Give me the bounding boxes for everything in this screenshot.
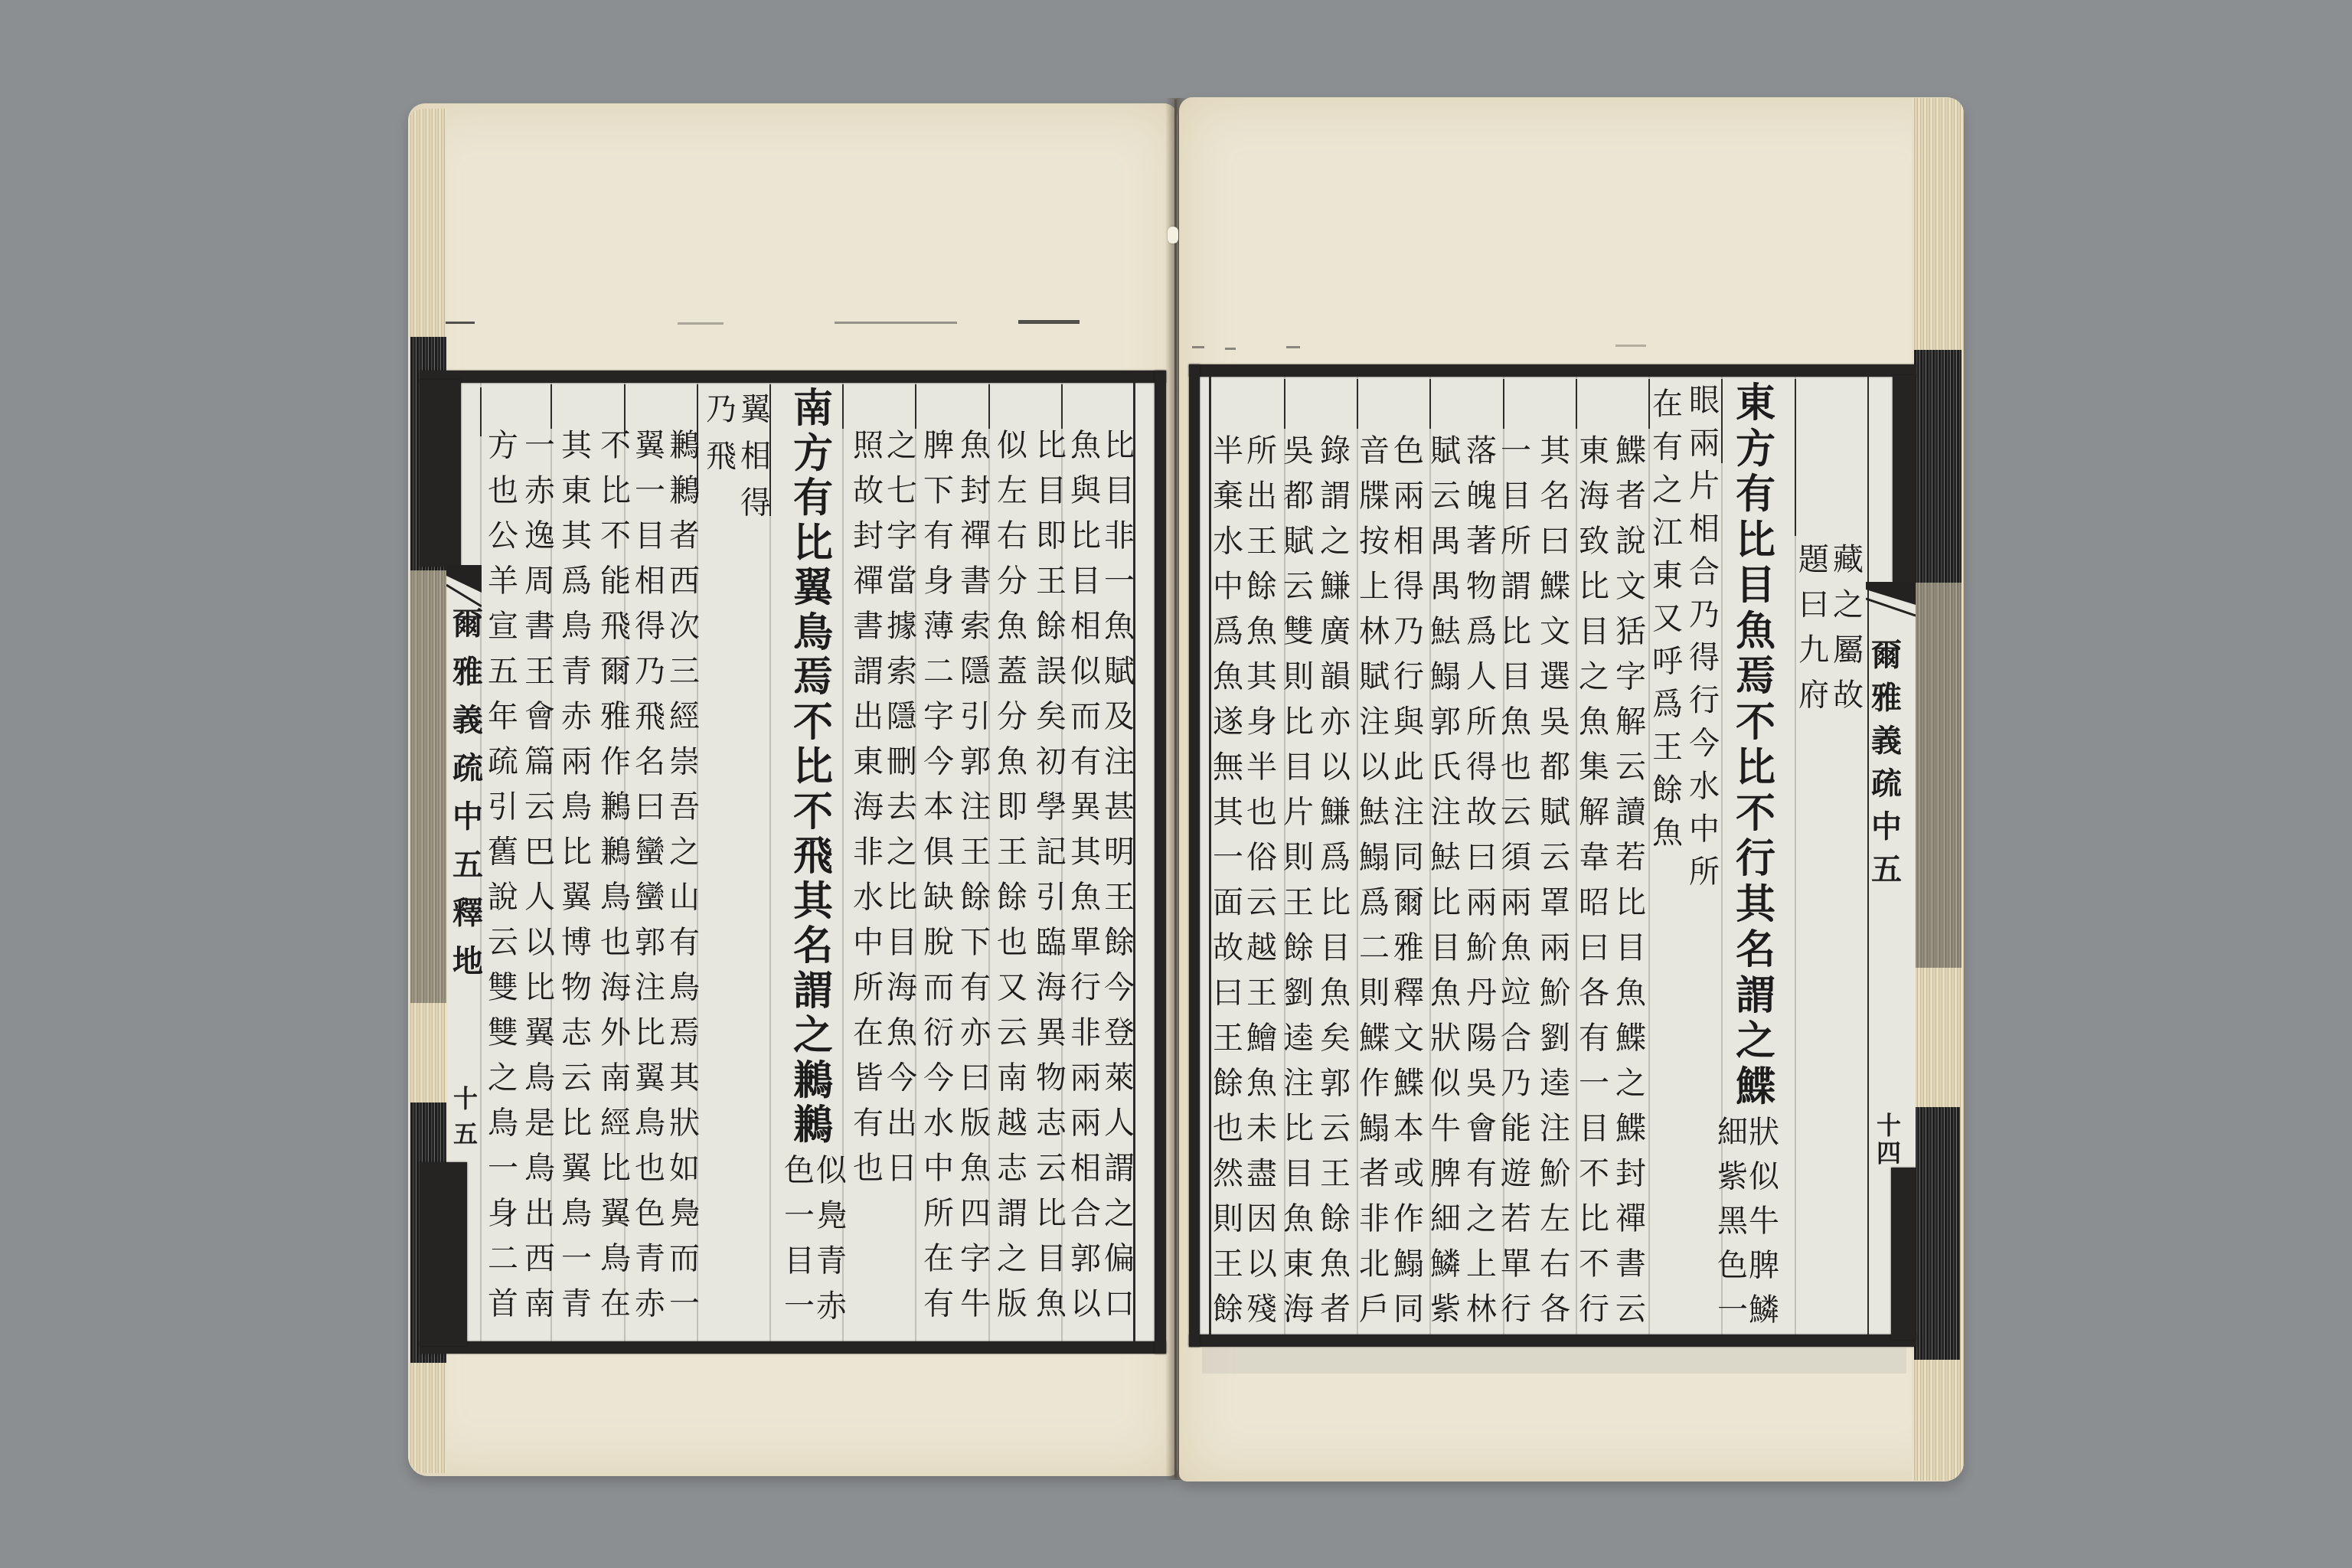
glyph: 比 [1498,609,1534,655]
glyph: 林 [1357,609,1392,655]
right-frame-top [1189,364,1916,377]
glyph: 比 [1034,423,1069,469]
glyph: 謂 [1732,973,1779,1019]
glyph: 兩 [1068,1056,1103,1101]
glyph: 今 [921,740,956,785]
glyph: 會 [522,694,557,740]
glyph: 魪 [1537,1151,1573,1197]
glyph: 郭 [958,740,993,785]
glyph: 相 [1687,508,1722,550]
glyph: 二 [1357,926,1392,971]
glyph: 非 [1357,1197,1392,1242]
glyph: 出 [884,1101,920,1146]
glyph: 左 [995,469,1030,514]
glyph: 氏 [1428,745,1463,790]
glyph: 與 [1068,469,1103,514]
glyph: 比 [1102,423,1137,469]
glyph: 東 [1576,429,1612,474]
glyph: 云 [559,1056,594,1101]
glyph: 海 [1034,965,1069,1011]
subcommentary-column: 方也公羊宣五年疏引舊說云雙雙之鳥一身二首 [485,423,521,1327]
glyph: 有 [667,920,702,965]
glyph: 郭 [1428,700,1463,745]
glyph: 廣 [1318,609,1353,655]
glyph: 集 [1576,745,1612,790]
glyph: 周 [522,559,557,604]
glyph: 水 [1687,765,1722,808]
glyph: 鱗 [1746,1288,1782,1332]
glyph: 魚 [958,1146,993,1191]
subcommentary-column: 一目所謂比目魚也云須兩魚竝合乃能遊若單行 [1498,429,1534,1332]
glyph: 者 [1357,1151,1392,1197]
glyph: 鶼 [789,1059,837,1104]
glyph: 物 [1464,564,1499,609]
glyph: 其 [1068,830,1103,875]
glyph: 落 [1464,429,1499,474]
glyph: 東 [1732,381,1779,426]
glyph: 逵 [1537,1061,1573,1106]
glyph: 鳥 [789,611,837,656]
glyph: 殘 [1244,1287,1279,1332]
subcommentary-column: 賦云禺禺魼鰨郭氏注魼比目魚狀似牛脾細鱗紫 [1428,429,1463,1332]
glyph: 鰨 [1428,655,1463,700]
glyph: 隱 [958,649,993,694]
glyph: 鰨 [1391,1242,1426,1287]
glyph: 臨 [1034,920,1069,965]
glyph: 青 [559,649,594,694]
glyph: 崇 [667,740,702,785]
glyph: 二 [485,1236,521,1282]
glyph: 音 [1357,429,1392,474]
glyph: 志 [559,1011,594,1056]
glyph: 及 [1102,694,1137,740]
glyph: 各 [1576,971,1612,1016]
glyph: 相 [1068,1146,1103,1191]
subcommentary-column: 所出王餘魚其身半也俗云越王鱠魚未盡因以殘 [1244,429,1279,1332]
glyph: 脾 [921,423,956,469]
glyph: 目 [1428,926,1463,971]
glyph: 因 [1244,1197,1279,1242]
glyph: 有 [921,1282,956,1327]
glyph: 封 [1613,1151,1648,1197]
glyph: 餘 [1318,1197,1353,1242]
subcommentary-column: 錄謂之鰜廣韻亦以鰜爲比目魚矣郭云王餘魚者 [1318,429,1353,1332]
glyph: 所 [1687,851,1722,893]
glyph: 魚 [1210,655,1246,700]
glyph: 吳 [1281,429,1316,474]
glyph: 翼 [559,875,594,920]
glyph: 鳧 [667,1191,702,1236]
left-frame-bottom [420,1341,1166,1354]
glyph: 餘 [1102,920,1137,965]
glyph: 魚 [1613,971,1648,1016]
glyph: 魚 [1068,423,1103,469]
binding-thread [1168,227,1178,243]
glyph: 上 [1464,1242,1499,1287]
glyph: 遂 [1210,700,1246,745]
annotation-column: 乃飛 [704,387,739,480]
glyph: 比 [559,830,594,875]
glyph: 也 [851,1146,886,1191]
glyph: 中 [1687,808,1722,851]
glyph: 郭 [1318,1061,1353,1106]
glyph: 之 [1732,1018,1779,1064]
column-rule-top [988,384,990,429]
glyph: 亦 [958,1011,993,1056]
glyph: 不 [598,423,633,469]
glyph: 引 [1034,875,1069,920]
glyph: 若 [1498,1197,1534,1242]
glyph: 書 [851,604,886,649]
glyph: 其 [559,514,594,559]
glyph: 同 [1391,835,1426,880]
column-rule-top [1429,379,1431,429]
glyph: 義 [1869,720,1904,763]
bleed-through-mark [835,322,957,324]
glyph: 身 [485,1191,521,1236]
glyph: 版 [995,1282,1030,1327]
glyph: 吳 [1464,1061,1499,1106]
glyph: 郭 [1068,1236,1103,1282]
glyph: 翼 [632,423,668,469]
glyph: 一 [1498,429,1534,474]
glyph: 目 [1732,563,1779,609]
glyph: 似 [1068,649,1103,694]
glyph: 海 [851,785,886,830]
glyph: 說 [1613,519,1648,564]
glyph: 者 [667,514,702,559]
glyph: 疏 [485,740,521,785]
subcommentary-column: 其名曰鰈文選吳都賦云罩兩魪劉逵注魪左右各 [1537,429,1573,1332]
column-rule-top [1576,379,1577,429]
glyph: 魚 [1498,926,1534,971]
glyph: 狀 [1428,1016,1463,1061]
glyph: 蠻 [632,830,668,875]
glyph: 注 [958,785,993,830]
glyph: 魚 [1732,609,1779,655]
glyph: 皆 [851,1056,886,1101]
glyph: 博 [559,920,594,965]
glyph: 王 [1318,1151,1353,1197]
glyph: 版 [958,1101,993,1146]
banxin-black-mouth-top [1893,375,1916,582]
glyph: 目 [1613,926,1648,971]
glyph: 江 [1650,511,1685,554]
glyph: 爲 [1318,835,1353,880]
glyph: 海 [884,965,920,1011]
column-rule-top [550,384,552,429]
glyph: 方 [485,423,521,469]
glyph: 目 [632,514,668,559]
glyph: 注 [1391,790,1426,835]
glyph: 都 [1281,474,1316,519]
glyph: 其 [1244,655,1279,700]
glyph: 致 [1576,519,1612,564]
glyph: 翼 [559,1146,594,1191]
glyph: 而 [667,1236,702,1282]
glyph: 魚 [1576,700,1612,745]
glyph: 餘 [995,875,1030,920]
glyph: 魚 [1498,700,1534,745]
glyph: 與 [1391,700,1426,745]
glyph: 脾 [1746,1243,1782,1288]
glyph: 出 [522,1191,557,1236]
glyph: 半 [1210,429,1246,474]
glyph: 宣 [485,604,521,649]
glyph: 右 [1537,1242,1573,1287]
glyph: 二 [921,649,956,694]
left-frame-top [420,371,1166,383]
glyph: 王 [1210,1242,1246,1287]
glyph: 著 [1464,519,1499,564]
glyph: 藏 [1831,537,1866,583]
glyph: 首 [485,1282,521,1327]
subcommentary-column: 照故封禪書謂出東海非水中所在皆有也 [851,423,886,1191]
glyph: 比 [1281,700,1316,745]
glyph: 餘 [1210,1061,1246,1106]
glyph: 魚 [884,1011,920,1056]
glyph: 比 [1034,1191,1069,1236]
glyph: 目 [1068,559,1103,604]
glyph: 餘 [958,875,993,920]
column-rule-top [915,384,916,429]
glyph: 行 [1068,965,1103,1011]
glyph: 下 [921,469,956,514]
glyph: 偏 [1102,1236,1137,1282]
glyph: 比 [1732,518,1779,563]
glyph: 作 [1391,1197,1426,1242]
annotation-column: 細紫黑色一 [1715,1110,1750,1332]
glyph: 各 [1537,1287,1573,1332]
glyph: 鶼 [598,830,633,875]
glyph: 俗 [1244,835,1279,880]
annotation-column: 色一目一 [782,1148,817,1329]
glyph: 明 [1102,830,1137,875]
right-edge-ink-bottom [1914,1107,1960,1360]
glyph: 三 [667,649,702,694]
glyph: 南 [789,387,837,432]
glyph: 云 [1281,564,1316,609]
glyph: 青 [814,1239,849,1284]
glyph: 曰 [1796,583,1831,628]
glyph: 書 [958,559,993,604]
glyph: 一 [485,1146,521,1191]
glyph: 魪 [1537,971,1573,1016]
glyph: 注 [1281,1061,1316,1106]
glyph: 行 [1576,1287,1612,1332]
glyph: 所 [1498,519,1534,564]
glyph: 曰 [1464,835,1499,880]
glyph: 舊 [485,830,521,875]
glyph: 魚 [1318,1242,1353,1287]
glyph: 水 [1210,519,1246,564]
bleed-through-mark [1286,346,1300,348]
glyph: 青 [632,1236,668,1282]
glyph: 爾 [1869,634,1904,677]
glyph: 雅 [1391,926,1426,971]
glyph: 劉 [1281,971,1316,1016]
glyph: 曰 [1210,971,1246,1016]
glyph: 有 [1576,1016,1612,1061]
glyph: 賦 [1102,649,1137,694]
glyph: 曰 [632,785,668,830]
glyph: 故 [1831,673,1866,718]
glyph: 人 [522,875,557,920]
glyph: 無 [1210,745,1246,790]
glyph: 人 [1464,655,1499,700]
glyph: 韻 [1318,655,1353,700]
glyph: 越 [1244,926,1279,971]
glyph: 云 [522,785,557,830]
glyph: 本 [921,785,956,830]
glyph: 鰈 [1613,429,1648,474]
glyph: 比 [789,521,837,567]
annotation-column: 似鳧青赤 [814,1148,849,1329]
glyph: 罩 [1537,880,1573,926]
glyph: 照 [851,423,886,469]
glyph: 之 [789,1014,837,1059]
glyph: 雅 [598,694,633,740]
glyph: 雅 [1869,677,1904,720]
column-rule-top [1795,379,1796,536]
glyph: 吾 [667,785,702,830]
glyph: 焉 [789,655,837,701]
glyph: 會 [1464,1106,1499,1151]
glyph: 四 [1872,1139,1906,1167]
glyph: 比 [884,875,920,920]
glyph: 魼 [1357,790,1392,835]
glyph: 志 [1034,1101,1069,1146]
glyph: 注 [1102,740,1137,785]
glyph: 左 [1537,1197,1573,1242]
subcommentary-column: 一赤逸周書王會篇云巴人以比翼鳥是鳥出西南 [522,423,557,1327]
glyph: 丹 [1464,971,1499,1016]
glyph: 而 [1068,694,1103,740]
subcommentary-column: 脾下有身薄二字今本俱缺脫而衍今水中所在有 [921,423,956,1327]
bleed-through-mark [446,322,475,324]
glyph: 色 [1391,429,1426,474]
glyph: 鳥 [559,785,594,830]
glyph: 比 [789,745,837,790]
glyph: 郭 [632,920,668,965]
glyph: 翼 [598,1191,633,1236]
glyph: 魚 [1068,875,1103,920]
glyph: 故 [1210,926,1246,971]
glyph: 出 [1244,474,1279,519]
glyph: 禪 [851,559,886,604]
glyph: 有 [789,476,837,521]
glyph: 得 [738,480,773,527]
glyph: 五 [449,1116,482,1151]
glyph: 一 [782,1284,817,1329]
glyph: 赤 [522,469,557,514]
glyph: 不 [1732,791,1779,837]
glyph: 翼 [522,1011,557,1056]
glyph: 鳥 [522,1056,557,1101]
glyph: 爲 [1464,609,1499,655]
glyph: 謂 [1498,564,1534,609]
gutter-line [1174,100,1177,1478]
glyph: 方 [1732,426,1779,472]
glyph: 在 [598,1282,633,1327]
glyph: 雙 [485,1011,521,1056]
glyph: 名 [789,924,837,969]
glyph: 王 [1244,971,1279,1016]
glyph: 篇 [522,740,557,785]
glyph: 引 [485,785,521,830]
glyph: 鳥 [559,1191,594,1236]
glyph: 則 [1281,835,1316,880]
glyph: 比 [1576,1197,1612,1242]
glyph: 目 [1034,1236,1069,1282]
column-rule-top [480,387,482,436]
glyph: 注 [1537,1106,1573,1151]
glyph: 登 [1102,1011,1137,1056]
left-frame-right [1155,371,1166,1354]
column-rule [480,383,482,1341]
glyph: 南 [522,1282,557,1327]
glyph: 今 [921,1056,956,1101]
glyph: 呼 [1650,640,1685,683]
glyph: 也 [632,1146,668,1191]
glyph: 焉 [667,1011,702,1056]
glyph: 云 [1244,880,1279,926]
glyph: 讀 [1613,790,1648,835]
glyph: 餘 [1281,926,1316,971]
ink-shadow-band [1202,1347,1906,1374]
glyph: 比 [1281,1106,1316,1151]
glyph: 所 [1244,429,1279,474]
glyph: 得 [1464,745,1499,790]
glyph: 鰨 [1357,835,1392,880]
glyph: 似 [995,423,1030,469]
glyph: 遊 [1498,1151,1534,1197]
glyph: 翼 [789,566,837,611]
glyph: 曰 [1537,519,1573,564]
glyph: 東 [559,469,594,514]
subcommentary-column: 魚與比目相似而有異其魚單行非兩兩相合郭以 [1068,423,1103,1327]
glyph: 萊 [1102,1056,1137,1101]
annotation-column: 翼相得 [738,387,773,527]
glyph: 雙 [485,965,521,1011]
banxin-page-number: 十四 [1872,1112,1906,1167]
glyph: 魚 [1244,1061,1279,1106]
glyph: 王 [958,830,993,875]
glyph: 中 [851,920,886,965]
glyph: 以 [1244,1242,1279,1287]
glyph: 魚 [1650,812,1685,854]
glyph: 云 [1498,790,1534,835]
glyph: 禺 [1428,564,1463,609]
glyph: 目 [782,1239,817,1284]
classic-text-column: 東方有比目魚焉不比不行其名謂之鰈 [1732,381,1779,1109]
glyph: 眼 [1687,379,1722,422]
glyph: 不 [789,701,837,746]
glyph: 目 [1034,469,1069,514]
glyph: 細 [1715,1110,1750,1155]
glyph: 不 [1576,1242,1612,1287]
glyph: 王 [1034,559,1069,604]
glyph: 鰜 [1318,564,1353,609]
glyph: 之 [884,830,920,875]
glyph: 片 [1281,790,1316,835]
glyph: 謂 [789,969,837,1014]
banxin-black-mouth-bottom [1891,1168,1916,1340]
glyph: 索 [884,649,920,694]
glyph: 魚 [995,740,1030,785]
glyph: 目 [1576,1106,1612,1151]
bleed-through-mark [1018,320,1080,324]
